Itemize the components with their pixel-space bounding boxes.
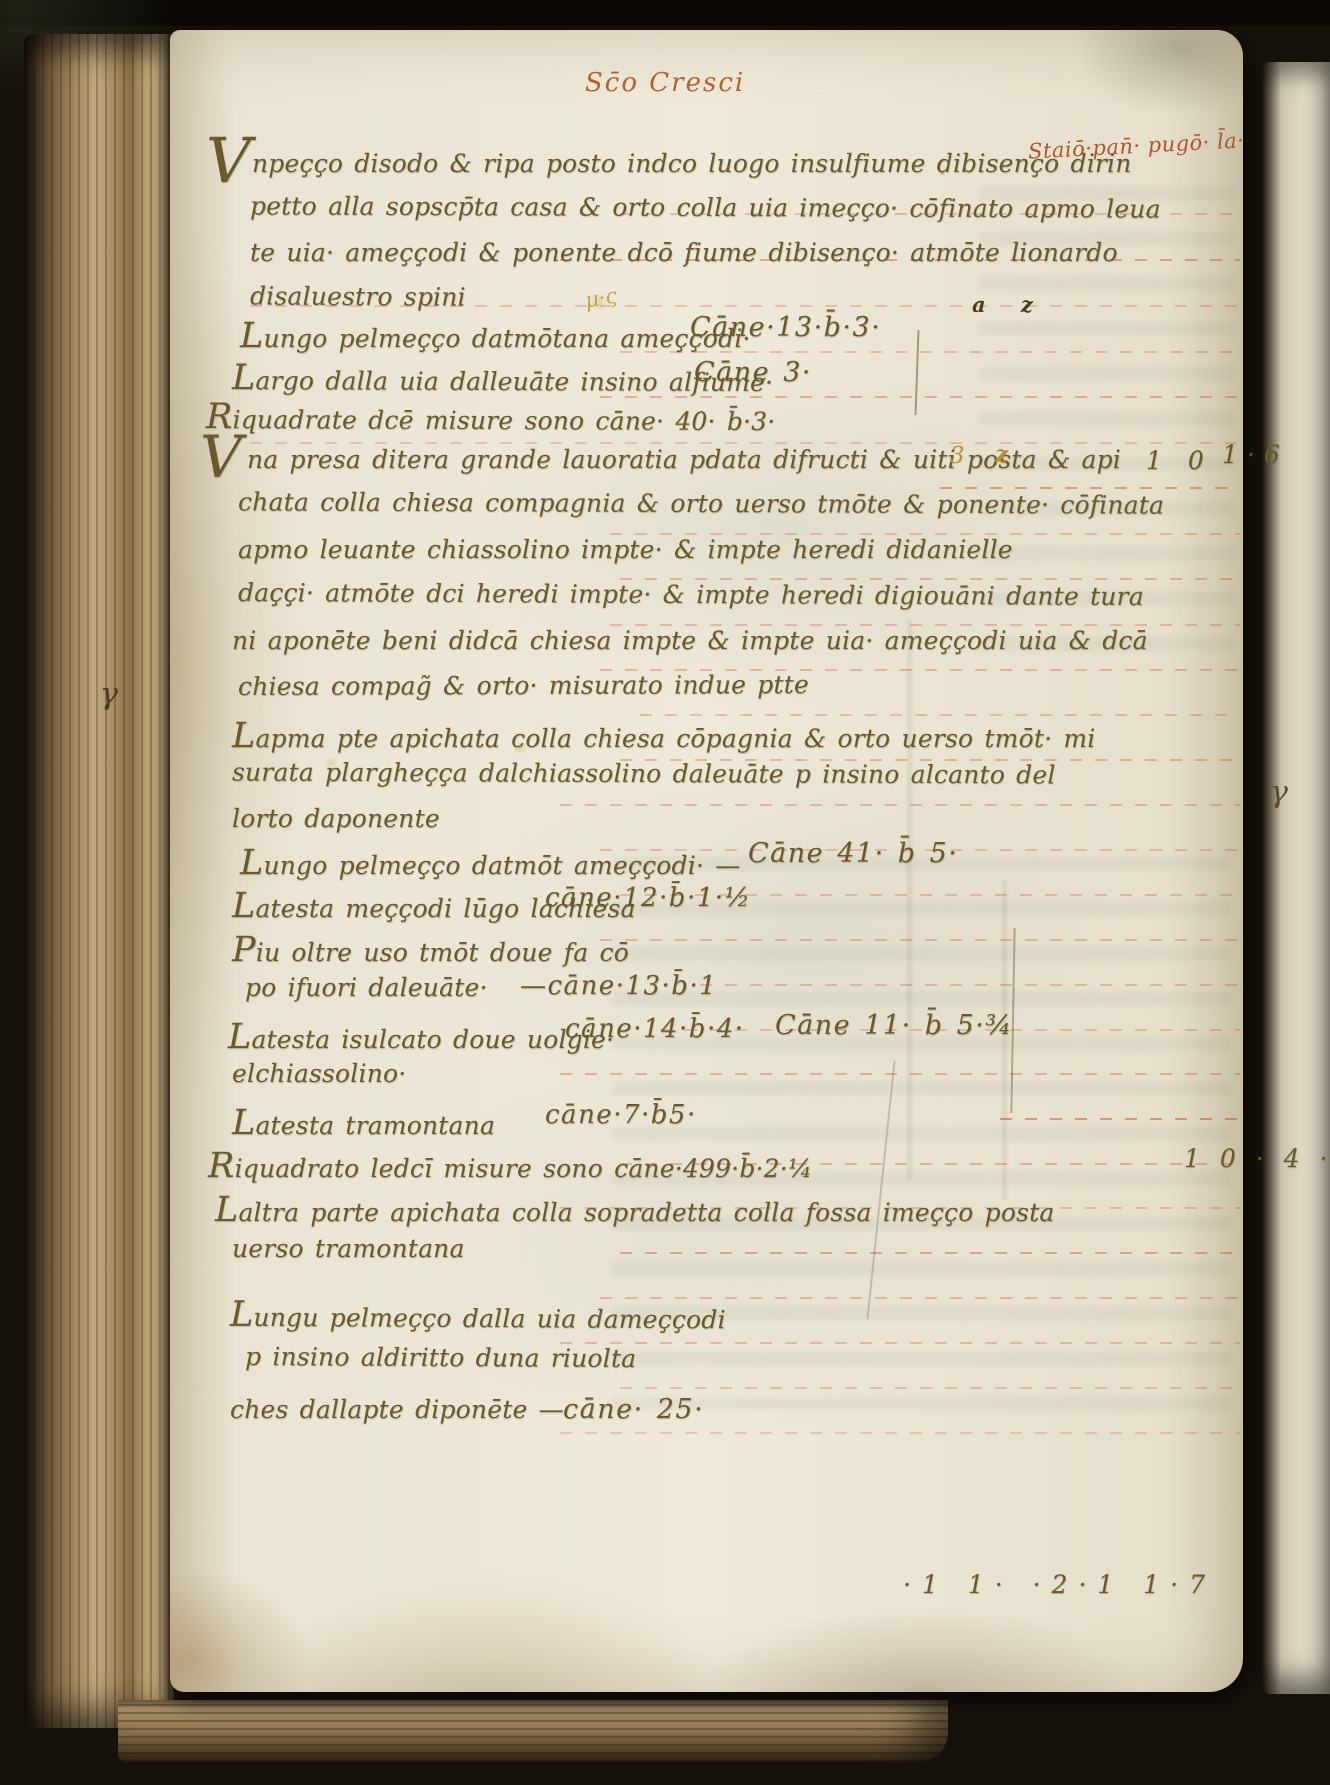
ruling-line bbox=[560, 1342, 1240, 1344]
measure-label: po ifuori daleuāte· bbox=[245, 974, 488, 1003]
measure-value: cāne·14·b̄·4· bbox=[565, 1015, 745, 1045]
book-binding-left bbox=[24, 34, 174, 1728]
measure-value: cāne·12·b̄·1·½ bbox=[545, 884, 751, 914]
ruling-line bbox=[600, 939, 1240, 941]
measure-label: Lungu pelmeçço dalla uia dameççodi bbox=[230, 1295, 726, 1338]
manuscript-text-line: petto alla sopscp̄ta casa & orto colla u… bbox=[250, 192, 1161, 224]
stray-mark: a z bbox=[972, 294, 1047, 315]
initial-letter: V bbox=[200, 428, 242, 486]
ruling-line bbox=[560, 1073, 1240, 1075]
manuscript-text-line: te uia· ameççodi & ponente dcō fiume dib… bbox=[250, 239, 1118, 268]
margin-total-numbers: 1·6 bbox=[1222, 442, 1289, 467]
measure-value: Cāne 3· bbox=[694, 357, 812, 388]
manuscript-text-line: na presa ditera grande lauoratia pdata d… bbox=[247, 446, 1121, 475]
measure-value: Cāne 11· b̄ 5·¾ bbox=[775, 1010, 1013, 1041]
stray-mark: μ·ς bbox=[583, 285, 618, 311]
ruling-line bbox=[620, 1252, 1240, 1254]
manuscript-text-line: apmo leuante chiassolino impte· & impte … bbox=[238, 536, 1013, 565]
manuscript-text-line: Lapma pte apichata colla chiesa cōpagnia… bbox=[232, 716, 1095, 756]
measure-value: cāne·7·b̄5· bbox=[545, 1101, 697, 1131]
measure-label: Latesta tramontana bbox=[232, 1103, 495, 1143]
manuscript-photo: Sc̄o Cresci Staiō·pan̄· pugō· l̄a· V npe… bbox=[0, 0, 1330, 1785]
margin-mark-right: γ bbox=[1270, 778, 1288, 808]
initial-letter: V bbox=[206, 130, 251, 192]
manuscript-text-line: daççi· atmōte dci heredi impte· & impte … bbox=[238, 579, 1144, 612]
measure-value: cāne· 25· bbox=[563, 1394, 704, 1425]
total-line: Riquadrato ledcī misure sono cāne·499·b̄… bbox=[208, 1146, 812, 1186]
measure-label: Piu oltre uso tmōt doue fa cō bbox=[232, 930, 629, 970]
measure-label: Lungo pelmeçço datmōt ameççodi· — bbox=[240, 843, 740, 883]
manuscript-text-line: npeçço disodo & ripa posto indco luogo i… bbox=[252, 150, 1132, 179]
ruling-line bbox=[250, 442, 1240, 444]
margin-mark-left: γ bbox=[100, 680, 118, 710]
manuscript-text-line: chata colla chiesa compagnia & orto uers… bbox=[238, 488, 1164, 520]
measure-value: —cāne·13·b̄·1 bbox=[520, 972, 717, 1002]
page-header-title: Sc̄o Cresci bbox=[585, 70, 745, 96]
bottom-margin-numbers: ·1 1· ·2·1 1·7 bbox=[903, 1572, 1216, 1597]
margin-total-numbers: 1 0 bbox=[1146, 448, 1213, 473]
ruling-line bbox=[560, 804, 1240, 806]
manuscript-text-line: lorto daponente bbox=[232, 805, 440, 834]
manuscript-text-line: surata plargheçça dalchiassolino daleuāt… bbox=[232, 759, 1056, 791]
ruling-line bbox=[940, 487, 1240, 489]
ruling-line bbox=[560, 1432, 1240, 1434]
measure-label: Largo dalla uia dalleuāte insino alfiume… bbox=[232, 358, 773, 400]
margin-total-numbers: 1 0 · 4 ·1 0·½ bbox=[1184, 1146, 1330, 1171]
manuscript-text-line: Laltra parte apichata colla sopradetta c… bbox=[215, 1190, 1054, 1230]
manuscript-text-line: disaluestro spini bbox=[250, 282, 466, 312]
measure-label: p insino aldiritto duna riuolta bbox=[245, 1343, 636, 1374]
measure-value: Cāne 41· b̄ 5· bbox=[748, 838, 958, 869]
stray-mark: 3 bbox=[950, 445, 965, 468]
ruling-line bbox=[620, 1387, 1240, 1389]
manuscript-text-line: ni aponēte beni didcā chiesa impte & imp… bbox=[232, 627, 1148, 656]
measure-label: ches dallapte diponēte — bbox=[230, 1396, 564, 1425]
next-page-edge bbox=[1262, 62, 1330, 1694]
ink-bleed-through bbox=[612, 1150, 1232, 1410]
ruling-line bbox=[1000, 1118, 1240, 1120]
total-line: Riquadrate dcē misure sono cāne· 40· b̄·… bbox=[206, 397, 776, 439]
measure-value: Cāne·13·b̄·3· bbox=[690, 312, 881, 343]
measure-label: Lungo pelmeçço datmōtana ameççodi· bbox=[240, 316, 751, 356]
ruling-line bbox=[700, 984, 1240, 986]
bottom-page-edges bbox=[118, 1700, 948, 1762]
measure-label: Latesta isulcato doue uolgie· bbox=[228, 1017, 614, 1057]
measure-label: elchiassolino· bbox=[232, 1060, 406, 1089]
stray-mark: z bbox=[995, 443, 1008, 466]
manuscript-text-line: chiesa compag̃ & orto· misurato indue pt… bbox=[238, 671, 809, 702]
manuscript-text-line: uerso tramontana bbox=[232, 1235, 465, 1264]
